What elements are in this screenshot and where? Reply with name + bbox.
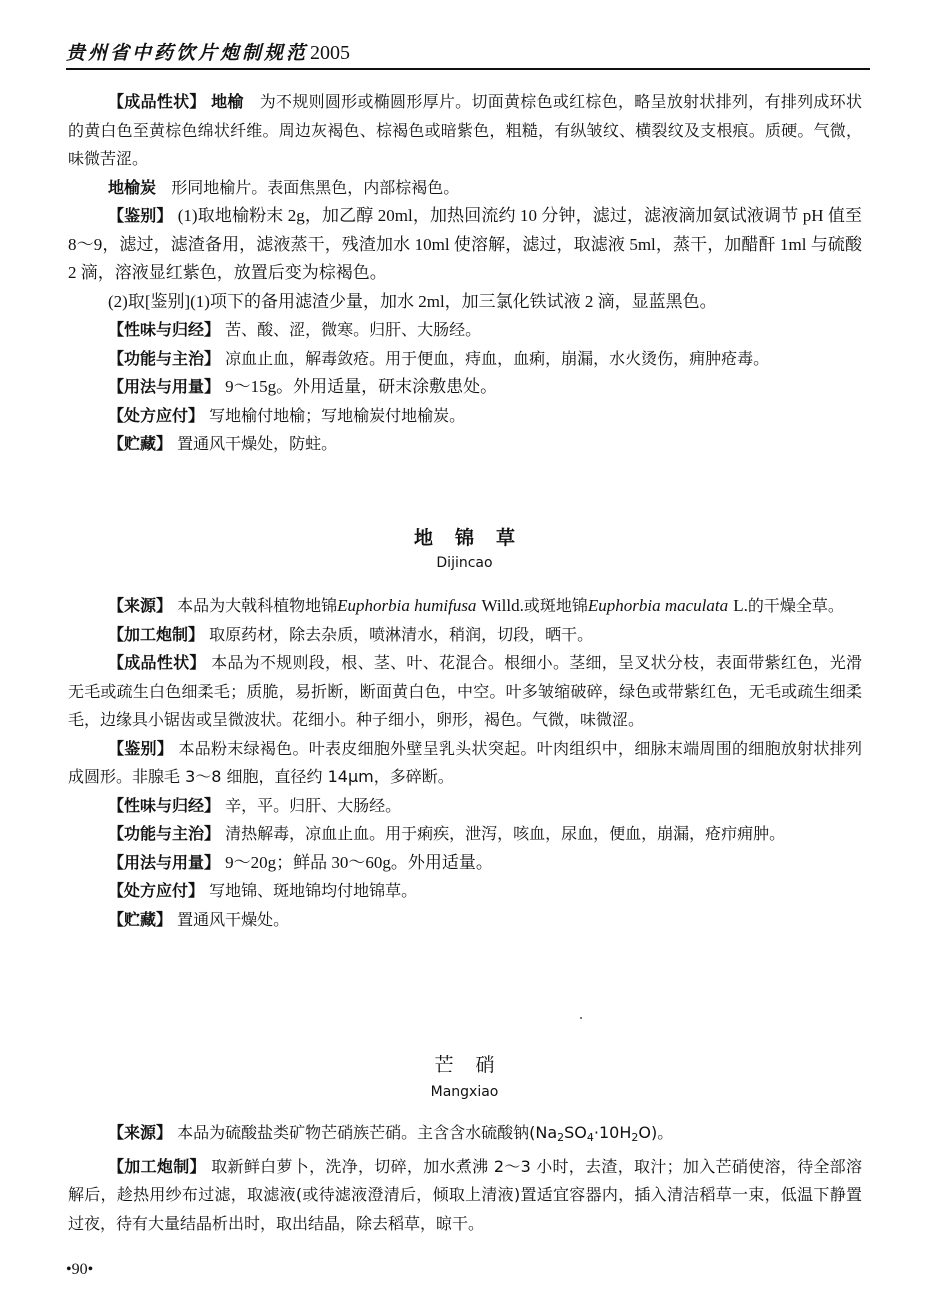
section-text: (1)取地榆粉末 2g，加乙醇 20ml，加热回流约 10 分钟，滤过，滤液滴加… (68, 206, 862, 282)
latin-name: Euphorbia maculata (588, 596, 728, 615)
source-text: ·10H (594, 1123, 631, 1142)
source-text: O)。 (638, 1123, 673, 1142)
latin-name: Euphorbia humifusa (337, 596, 476, 615)
page-number: •90• (66, 1261, 93, 1279)
section-label: 【功能与主治】 (108, 824, 220, 843)
mangxiao-processing: 【加工炮制】 取新鲜白萝卜，洗净，切碎，加水煮沸 2～3 小时，去渣，取汁；加入… (68, 1153, 862, 1239)
section-label: 【成品性状】 (108, 92, 206, 111)
dijincao-function-indication: 【功能与主治】 清热解毒，凉血止血。用于痢疾，泄泻，咳血，尿血，便血，崩漏，疮疖… (68, 820, 862, 849)
section-text: 9～20g；鲜品 30～60g。外用适量。 (225, 853, 493, 872)
dijincao-body: 【来源】 本品为大戟科植物地锦Euphorbia humifusa Willd.… (68, 592, 862, 934)
section-label: 【鉴别】 (108, 206, 173, 225)
sub-label: 地榆 (211, 92, 244, 111)
source-text: 本品为硫酸盐类矿物芒硝族芒硝。主含含水硫酸钠(Na (177, 1123, 557, 1142)
subscript: 4 (587, 1131, 594, 1144)
section-label: 【加工炮制】 (108, 625, 204, 644)
section-label: 【处方应付】 (108, 881, 204, 900)
section-label: 【性味与归经】 (108, 320, 220, 339)
section-label: 【用法与用量】 (108, 853, 220, 872)
running-head: 贵州省中药饮片炮制规范2005 (66, 38, 350, 65)
section-text: 写地锦、斑地锦均付地锦草。 (209, 881, 417, 900)
section-label: 【来源】 (108, 596, 172, 615)
scan-speck (580, 1017, 582, 1019)
dijincao-property-meridian: 【性味与归经】 辛，平。归肝、大肠经。 (68, 792, 862, 821)
diyu-usage-dosage: 【用法与用量】 9～15g。外用适量，研末涂敷患处。 (68, 373, 862, 402)
dijincao-prescription: 【处方应付】 写地锦、斑地锦均付地锦草。 (68, 877, 862, 906)
book-page: 贵州省中药饮片炮制规范2005 【成品性状】 地榆 为不规则圆形或椭圆形厚片。切… (0, 0, 929, 1307)
section-text: 本品粉末绿褐色。叶表皮细胞外壁呈乳头状突起。叶肉组织中，细脉末端周围的细胞放射状… (68, 739, 862, 787)
section-label: 【贮藏】 (108, 434, 172, 453)
dijincao-usage-dosage: 【用法与用量】 9～20g；鲜品 30～60g。外用适量。 (68, 849, 862, 878)
entry-pinyin-mangxiao: Mangxiao (0, 1084, 929, 1100)
diyu-storage: 【贮藏】 置通风干燥处，防蛀。 (68, 430, 862, 459)
mangxiao-source: 【来源】 本品为硫酸盐类矿物芒硝族芒硝。主含含水硫酸钠(Na2SO4·10H2O… (68, 1119, 862, 1153)
entry-title-dijincao: 地锦草 (0, 523, 929, 550)
diyu-prescription: 【处方应付】 写地榆付地榆；写地榆炭付地榆炭。 (68, 402, 862, 431)
section-label: 【加工炮制】 (108, 1157, 206, 1176)
dijincao-product-description: 【成品性状】 本品为不规则段，根、茎、叶、花混合。根细小。茎细，呈叉状分枝，表面… (68, 649, 862, 735)
diyu-identification-2: (2)取[鉴别](1)项下的备用滤渣少量，加水 2ml，加三氯化铁试液 2 滴，… (68, 288, 862, 317)
section-label: 【贮藏】 (108, 910, 172, 929)
section-text: 取原药材，除去杂质，喷淋清水，稍润，切段，晒干。 (209, 625, 593, 644)
section-label: 【来源】 (108, 1123, 172, 1142)
section-text: 置通风干燥处，防蛀。 (177, 434, 337, 453)
source-text: 的干燥全草。 (748, 596, 844, 615)
diyu-product-description: 【成品性状】 地榆 为不规则圆形或椭圆形厚片。切面黄棕色或红棕色，略呈放射状排列… (68, 88, 862, 174)
section-text: 辛，平。归肝、大肠经。 (225, 796, 401, 815)
section-text: 形同地榆片。表面焦黑色，内部棕褐色。 (171, 178, 459, 197)
author-abbrev: Willd. (482, 596, 524, 615)
entry-pinyin-dijincao: Dijincao (0, 555, 929, 571)
section-text: 苦、酸、涩，微寒。归肝、大肠经。 (225, 320, 481, 339)
dijincao-storage: 【贮藏】 置通风干燥处。 (68, 906, 862, 935)
diyu-charcoal-description: 地榆炭 形同地榆片。表面焦黑色，内部棕褐色。 (68, 174, 862, 203)
header-rule (66, 68, 870, 70)
section-text: 凉血止血，解毒敛疮。用于便血，痔血，血痢，崩漏，水火烫伤，痈肿疮毒。 (225, 349, 769, 368)
sub-label: 地榆炭 (108, 178, 156, 197)
section-label: 【性味与归经】 (108, 796, 220, 815)
section-label: 【处方应付】 (108, 406, 204, 425)
source-text: 或斑地锦 (524, 596, 588, 615)
source-text: 本品为大戟科植物地锦 (177, 596, 337, 615)
source-text: SO (564, 1123, 587, 1142)
entry-title-mangxiao: 芒硝 (0, 1050, 929, 1077)
running-head-title: 贵州省中药饮片炮制规范 (66, 42, 308, 64)
section-label: 【功能与主治】 (108, 349, 220, 368)
section-label: 【成品性状】 (108, 653, 206, 672)
section-text: (2)取[鉴别](1)项下的备用滤渣少量，加水 2ml，加三氯化铁试液 2 滴，… (108, 292, 717, 311)
section-text: 写地榆付地榆；写地榆炭付地榆炭。 (209, 406, 465, 425)
mangxiao-body: 【来源】 本品为硫酸盐类矿物芒硝族芒硝。主含含水硫酸钠(Na2SO4·10H2O… (68, 1119, 862, 1238)
diyu-property-meridian: 【性味与归经】 苦、酸、涩，微寒。归肝、大肠经。 (68, 316, 862, 345)
running-head-year: 2005 (310, 42, 350, 64)
author-abbrev: L. (733, 596, 748, 615)
dijincao-identification: 【鉴别】 本品粉末绿褐色。叶表皮细胞外壁呈乳头状突起。叶肉组织中，细脉末端周围的… (68, 735, 862, 792)
diyu-identification-1: 【鉴别】 (1)取地榆粉末 2g，加乙醇 20ml，加热回流约 10 分钟，滤过… (68, 202, 862, 288)
section-label: 【鉴别】 (108, 739, 173, 758)
diyu-continuation: 【成品性状】 地榆 为不规则圆形或椭圆形厚片。切面黄棕色或红棕色，略呈放射状排列… (68, 88, 862, 459)
section-label: 【用法与用量】 (108, 377, 220, 396)
section-text: 清热解毒，凉血止血。用于痢疾，泄泻，咳血，尿血，便血，崩漏，疮疖痈肿。 (225, 824, 785, 843)
dijincao-source: 【来源】 本品为大戟科植物地锦Euphorbia humifusa Willd.… (68, 592, 862, 621)
diyu-function-indication: 【功能与主治】 凉血止血，解毒敛疮。用于便血，痔血，血痢，崩漏，水火烫伤，痈肿疮… (68, 345, 862, 374)
section-text: 置通风干燥处。 (177, 910, 289, 929)
dijincao-processing: 【加工炮制】 取原药材，除去杂质，喷淋清水，稍润，切段，晒干。 (68, 621, 862, 650)
section-text: 9～15g。外用适量，研末涂敷患处。 (225, 377, 497, 396)
